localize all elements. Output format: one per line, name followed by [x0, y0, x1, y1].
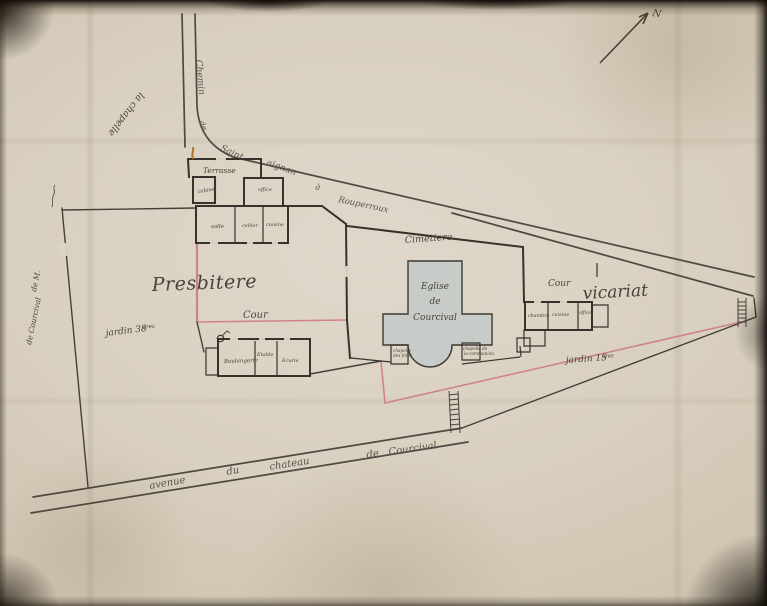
- boundary-southeast: [462, 317, 756, 428]
- label-cellier: cellier: [242, 223, 259, 229]
- annex: [206, 348, 218, 375]
- door-gap: [284, 336, 290, 342]
- courtyard-north-wall: [288, 206, 346, 224]
- label-church-line-3: Courcival: [413, 313, 457, 323]
- label-presbytere: Presbitere: [150, 270, 257, 296]
- stile-rungs: [449, 391, 460, 433]
- road-label-chemin: Chemin: [193, 59, 206, 95]
- label-cour-west: Cour: [243, 310, 269, 321]
- cemetery-gate-gap: [344, 266, 351, 277]
- north-arrow: N: [600, 8, 663, 63]
- road-label-a: à: [314, 182, 321, 192]
- boundary-gate-gap: [59, 243, 67, 256]
- plan-sheet: N la chapelle de M. de Courcival Chemin …: [0, 0, 767, 606]
- label-chapel-right-2: la communion: [464, 351, 494, 356]
- road-label-de: de: [197, 119, 209, 132]
- ink-blot: [192, 147, 193, 159]
- partitions: [255, 341, 277, 376]
- annex-south-wall: [520, 346, 521, 357]
- vicariat-building: [517, 263, 608, 357]
- north-arrow-line: [600, 13, 648, 63]
- area-titles: Presbitere vicariat Cimetiere Eglise de …: [103, 232, 648, 366]
- door-gap: [247, 240, 253, 246]
- label-cour-east: Cour: [548, 279, 571, 289]
- door-gap: [259, 336, 265, 342]
- label-cuisine: cuisine: [266, 222, 284, 228]
- door-gap: [560, 299, 567, 305]
- label-ecurie: Ecurie: [281, 358, 299, 364]
- label-office: office: [258, 187, 272, 193]
- yard-west-wall: [197, 322, 204, 352]
- road-edge: [182, 14, 185, 147]
- illegible-script: [52, 185, 55, 207]
- label-vicariat: vicariat: [582, 281, 648, 304]
- cemetery-east-wall: [523, 247, 524, 302]
- plan-drawing: N la chapelle de M. de Courcival Chemin …: [0, 0, 767, 606]
- boundary-east-connector: [754, 298, 756, 317]
- label-cimetiere: Cimetiere: [404, 232, 453, 246]
- margin-script: la chapelle de M. de Courcival: [24, 90, 193, 345]
- shed: [592, 305, 608, 327]
- label-v-chambre: chambre: [528, 313, 550, 319]
- stile-hatching-south: [449, 391, 460, 433]
- gate-gap: [216, 156, 226, 162]
- terrace-west-wall: [188, 159, 189, 177]
- label-church-line-2: de: [429, 297, 440, 307]
- margin-label-left-upper: de M.: [29, 269, 42, 292]
- door-gap: [210, 240, 218, 246]
- label-terrasse: Terrasse: [203, 166, 236, 175]
- label-jardin-east-unit: ares: [602, 353, 615, 360]
- label-jardin-west-unit: ares: [143, 324, 156, 331]
- road-label-rouperroux: Rouperroux: [336, 195, 389, 216]
- avenue-label-de: de: [366, 448, 380, 461]
- avenue-label-courcival: Courcival: [388, 440, 438, 458]
- label-salle: salle: [211, 224, 225, 230]
- door-gap: [272, 240, 278, 246]
- road-avenue: [31, 428, 468, 513]
- avenue-label-du: du: [226, 465, 241, 478]
- pink-cour-line: [198, 320, 346, 322]
- door-gap: [534, 299, 541, 305]
- road-chemin-saint-aignan: [182, 14, 754, 296]
- boundary-north-garden: [62, 208, 196, 210]
- door-gap: [230, 336, 238, 342]
- well-flag: [222, 331, 230, 336]
- north-label: N: [650, 8, 663, 21]
- road-label-aignan: aignan: [265, 158, 298, 178]
- road-edge: [195, 14, 754, 277]
- yard-south-wall: [310, 361, 381, 374]
- label-etable: Etable: [256, 352, 273, 358]
- margin-label-left-lower: de Courcival: [24, 296, 43, 345]
- cemetery-west-wall: [346, 224, 350, 358]
- label-v-office: office: [579, 311, 591, 316]
- label-v-cuisine: cuisine: [552, 312, 569, 318]
- label-chapel-left-2: des fonts: [393, 353, 412, 358]
- road-edge: [33, 428, 462, 497]
- margin-label-top-left: la chapelle: [105, 90, 146, 138]
- label-church-line-1: Eglise: [420, 282, 449, 292]
- label-jardin-west: jardin 38: [103, 324, 147, 339]
- label-boulangerie: Boulangerie: [223, 358, 259, 365]
